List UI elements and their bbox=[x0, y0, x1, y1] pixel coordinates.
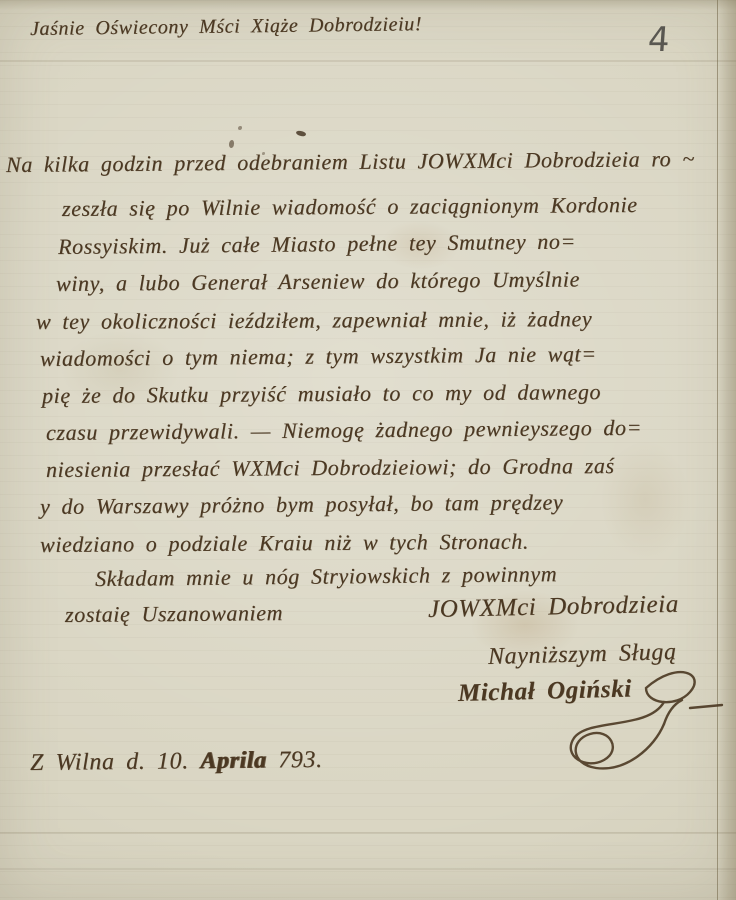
signature-flourish bbox=[468, 652, 728, 777]
paper-crease bbox=[0, 832, 736, 834]
ink-blot bbox=[238, 126, 242, 130]
closing-line: Składam mnie u nóg Stryiowskich z powinn… bbox=[95, 561, 557, 592]
body-line: czasu przewidywali. — Niemogę żadnego pe… bbox=[46, 415, 642, 446]
body-line: winy, a lubo Generał Arseniew do którego… bbox=[56, 266, 580, 297]
paper-crease bbox=[0, 60, 736, 62]
ink-blot bbox=[229, 140, 234, 148]
body-line: w tey okoliczności ieździłem, zapewniał … bbox=[36, 306, 592, 335]
body-line: Na kilka godzin przed odebraniem Listu J… bbox=[6, 146, 695, 178]
dateline-month-overwritten: Aprila bbox=[200, 748, 267, 775]
body-line: niesienia przesłać WXMci Dobrodzieiowi; … bbox=[46, 453, 615, 483]
closing-addressee: JOWXMci Dobrodzieia bbox=[428, 591, 679, 624]
dateline: Z Wilna d. 10. Aprila 793. bbox=[30, 747, 323, 777]
closing-line: zostaię Uszanowaniem bbox=[65, 600, 283, 628]
paper-top-edge bbox=[0, 0, 736, 10]
pencil-page-number: 4 bbox=[647, 20, 671, 60]
body-line: wiadomości o tym niema; z tym wszystkim … bbox=[40, 341, 597, 372]
body-line: zeszła się po Wilnie wiadomość o zaciągn… bbox=[62, 192, 638, 222]
body-line: y do Warszawy próżno bym posyłał, bo tam… bbox=[40, 489, 563, 520]
body-line: pię że do Skutku przyiść musiało to co m… bbox=[42, 379, 601, 409]
dateline-suffix: 793. bbox=[267, 747, 323, 774]
dateline-prefix: Z Wilna d. 10. bbox=[30, 748, 201, 776]
body-line: wiedziano o podziale Kraiu niż w tych St… bbox=[40, 529, 529, 558]
ink-blot bbox=[295, 130, 306, 138]
body-line: Rossyiskim. Już całe Miasto pełne tey Sm… bbox=[58, 229, 576, 260]
paper-crease bbox=[0, 868, 736, 870]
manuscript-letter-page: Jaśnie Oświecony Mści Xiąże Dobrodzieiu!… bbox=[0, 0, 736, 900]
salutation-line: Jaśnie Oświecony Mści Xiąże Dobrodzieiu! bbox=[30, 13, 422, 41]
